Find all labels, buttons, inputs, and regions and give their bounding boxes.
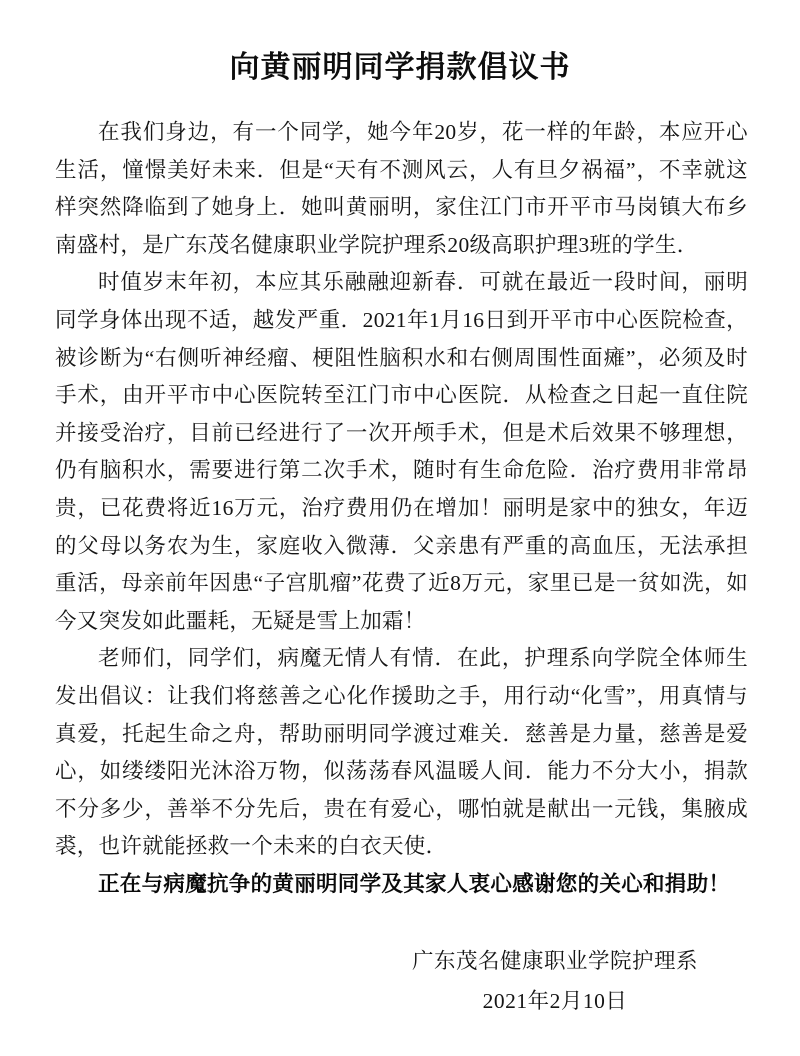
paragraph-donation-appeal: 老师们，同学们，病魔无情人有情．在此，护理系向学院全体师生发出倡议：让我们将慈善… — [55, 640, 748, 866]
emphasis-thanks-line: 正在与病魔抗争的黄丽明同学及其家人衷心感谢您的关心和捐助！ — [55, 866, 748, 904]
document-body: 在我们身边，有一个同学，她今年20岁，花一样的年龄，本应开心生活，憧憬美好未来．… — [55, 114, 748, 1021]
document-page: 向黄丽明同学捐款倡议书 在我们身边，有一个同学，她今年20岁，花一样的年龄，本应… — [0, 0, 800, 1056]
document-title: 向黄丽明同学捐款倡议书 — [0, 0, 800, 86]
date-line: 2021年2月10日 — [255, 981, 800, 1021]
signature-line: 广东茂名健康职业学院护理系 — [255, 941, 800, 981]
paragraph-illness-details: 时值岁末年初，本应其乐融融迎新春．可就在最近一段时间，丽明同学身体出现不适，越发… — [55, 264, 748, 640]
signature-block: 广东茂名健康职业学院护理系 2021年2月10日 — [255, 941, 800, 1021]
paragraph-intro: 在我们身边，有一个同学，她今年20岁，花一样的年龄，本应开心生活，憧憬美好未来．… — [55, 114, 748, 264]
